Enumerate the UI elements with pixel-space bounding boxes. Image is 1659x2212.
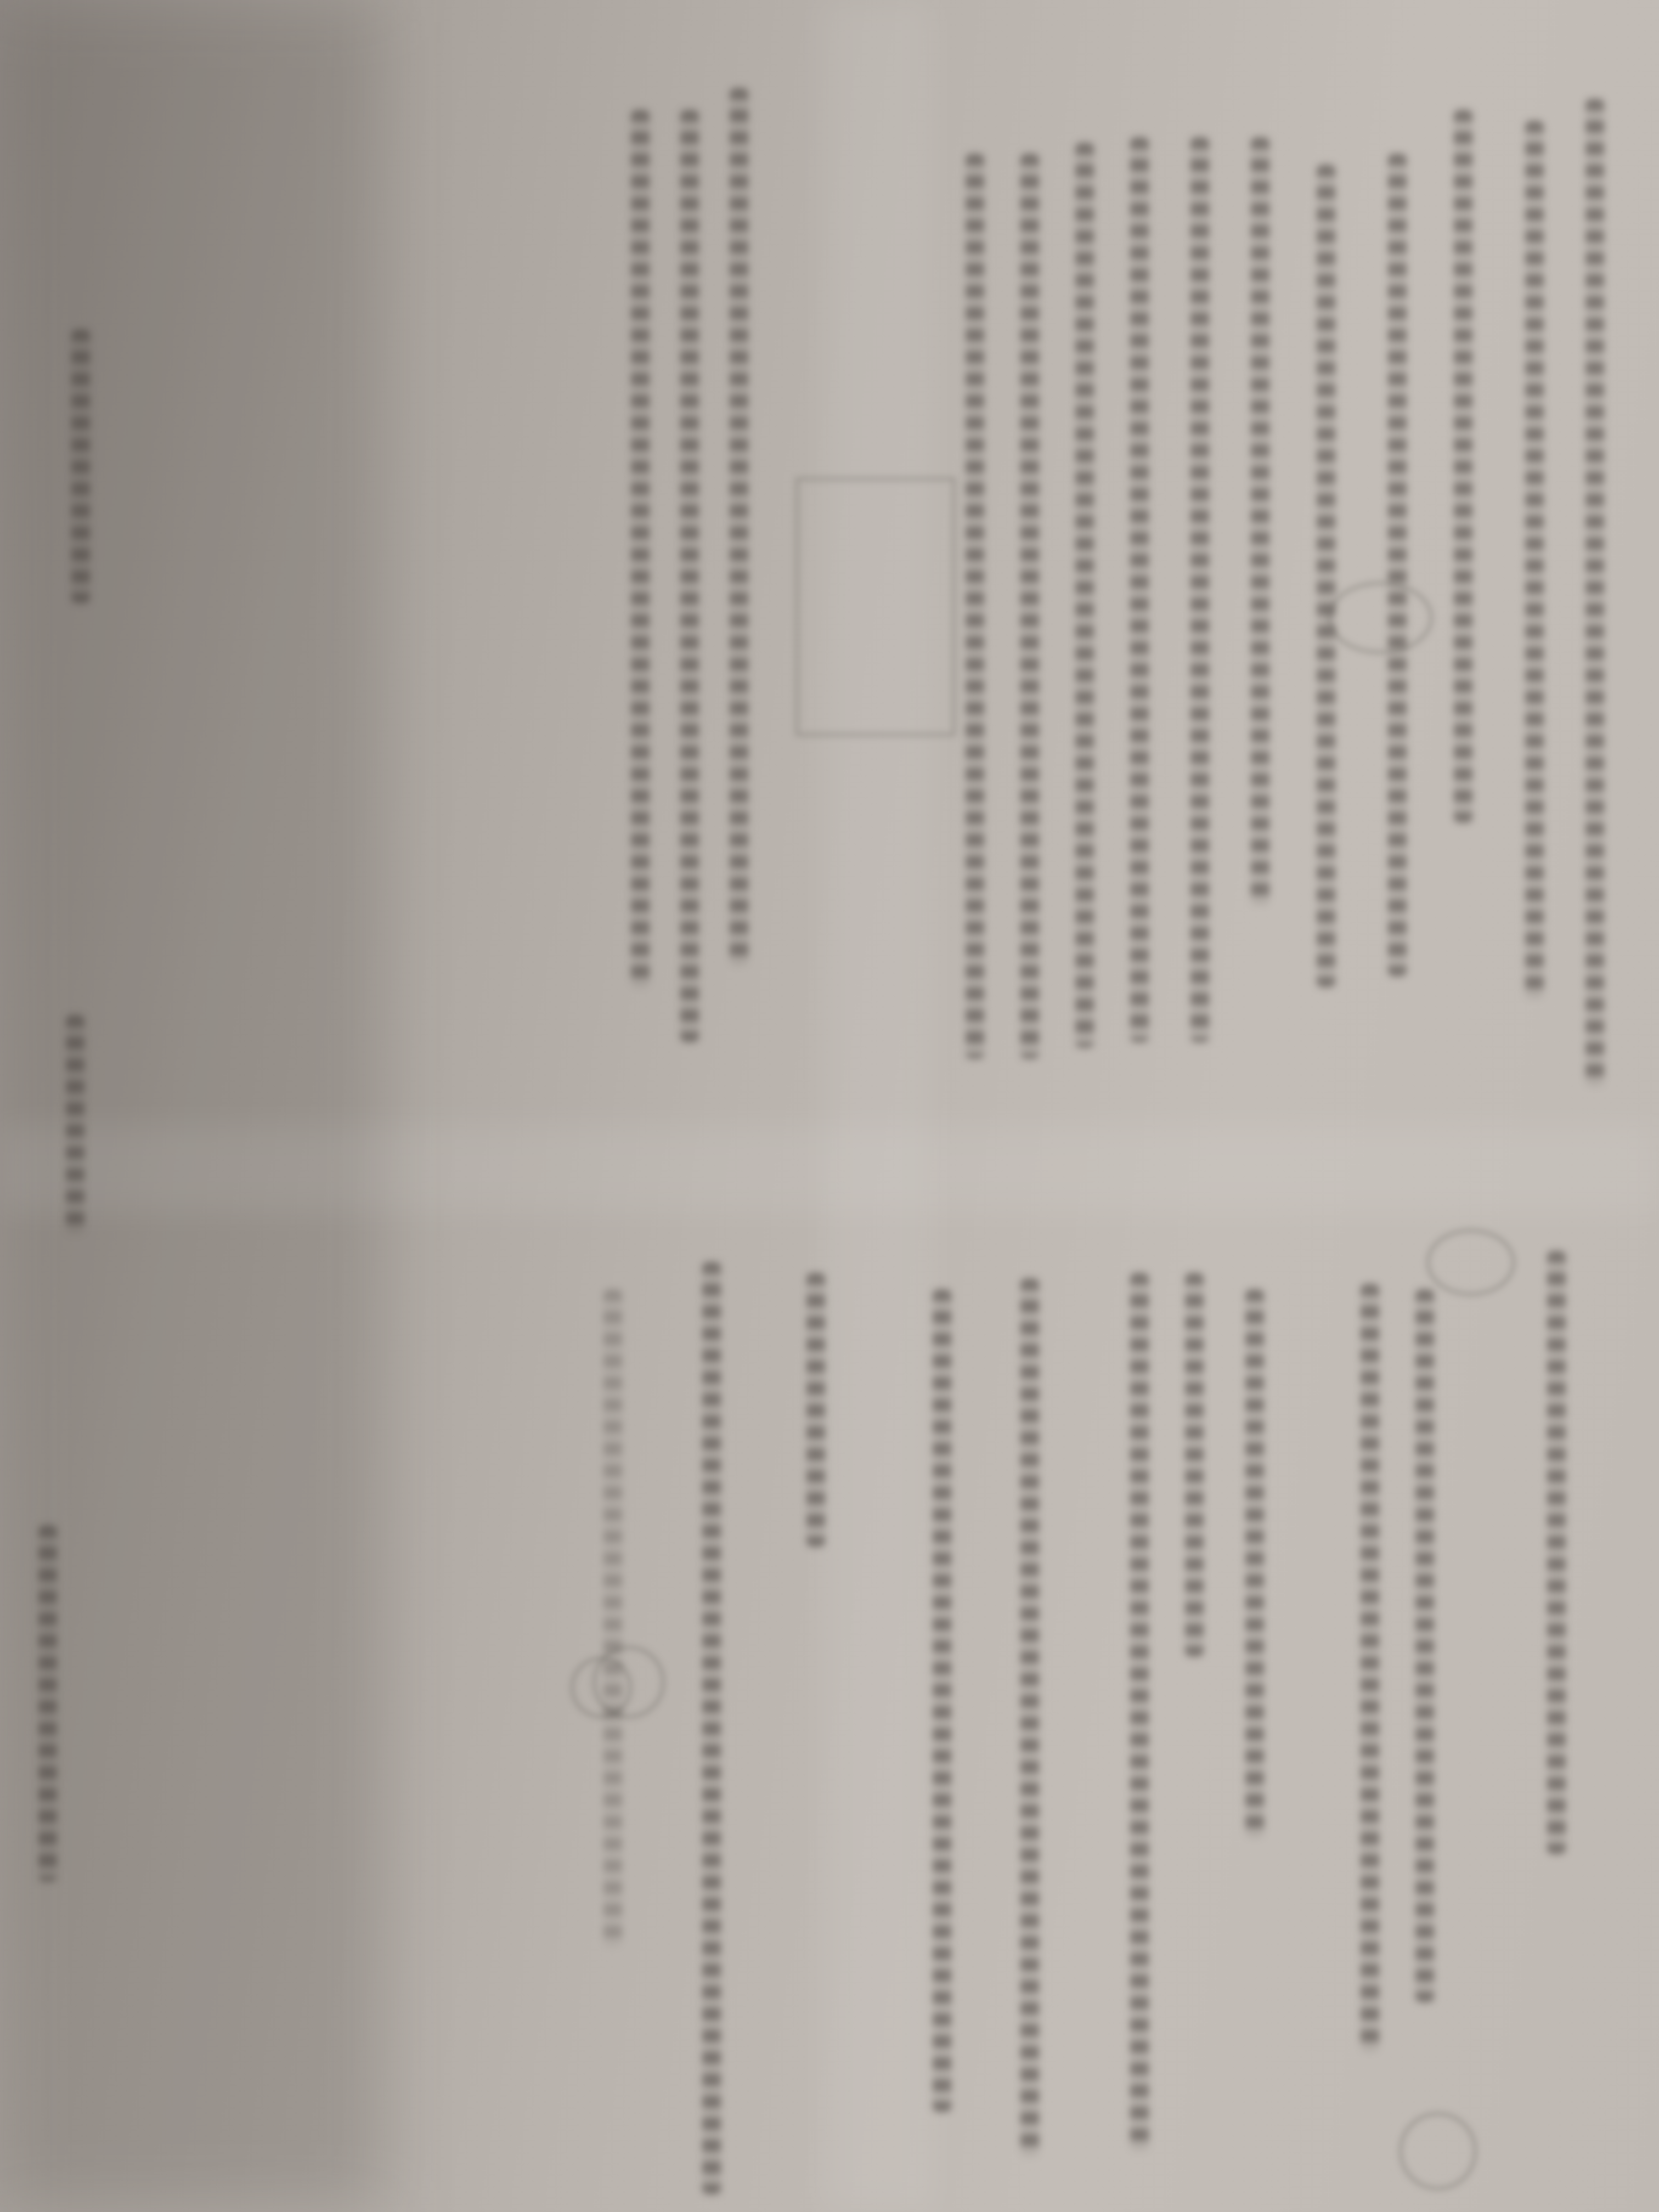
- text-column: [730, 88, 748, 966]
- chemical-structure: [571, 1657, 632, 1718]
- text-column: [1185, 1273, 1204, 1657]
- text-column: [1454, 110, 1472, 823]
- chemical-structure: [1399, 2112, 1477, 2190]
- text-column: [1190, 137, 1209, 1042]
- text-column: [71, 329, 90, 603]
- text-column: [1415, 1289, 1434, 2002]
- text-column: [1075, 143, 1094, 1048]
- page-shadow-left: [0, 0, 384, 2212]
- paper-fold-horizontal: [0, 1125, 1659, 1212]
- text-column: [66, 1015, 84, 1234]
- text-column: [631, 110, 650, 988]
- chemical-structure: [1426, 1229, 1515, 1296]
- text-column: [806, 1273, 825, 1547]
- text-column: [1020, 154, 1039, 1059]
- figure-box: [795, 477, 956, 736]
- text-column: [1245, 1289, 1264, 1838]
- text-column: [1547, 1251, 1566, 1854]
- chemical-structure: [1328, 582, 1433, 654]
- paper-fold: [823, 0, 933, 2212]
- text-column: [1130, 1273, 1149, 2151]
- text-column: [38, 1525, 57, 1882]
- text-column: [1525, 121, 1544, 998]
- text-column: [1388, 154, 1407, 977]
- text-column: [1020, 1278, 1039, 2156]
- text-column: [1361, 1284, 1379, 2052]
- text-column: [702, 1262, 721, 2194]
- text-column: [1251, 137, 1269, 905]
- text-column: [933, 1289, 951, 2112]
- text-column: [603, 1289, 622, 1948]
- text-column: [966, 154, 984, 1059]
- text-column: [1130, 137, 1149, 1042]
- text-column: [1585, 99, 1604, 1086]
- text-column: [680, 110, 699, 1042]
- text-column: [1317, 165, 1335, 988]
